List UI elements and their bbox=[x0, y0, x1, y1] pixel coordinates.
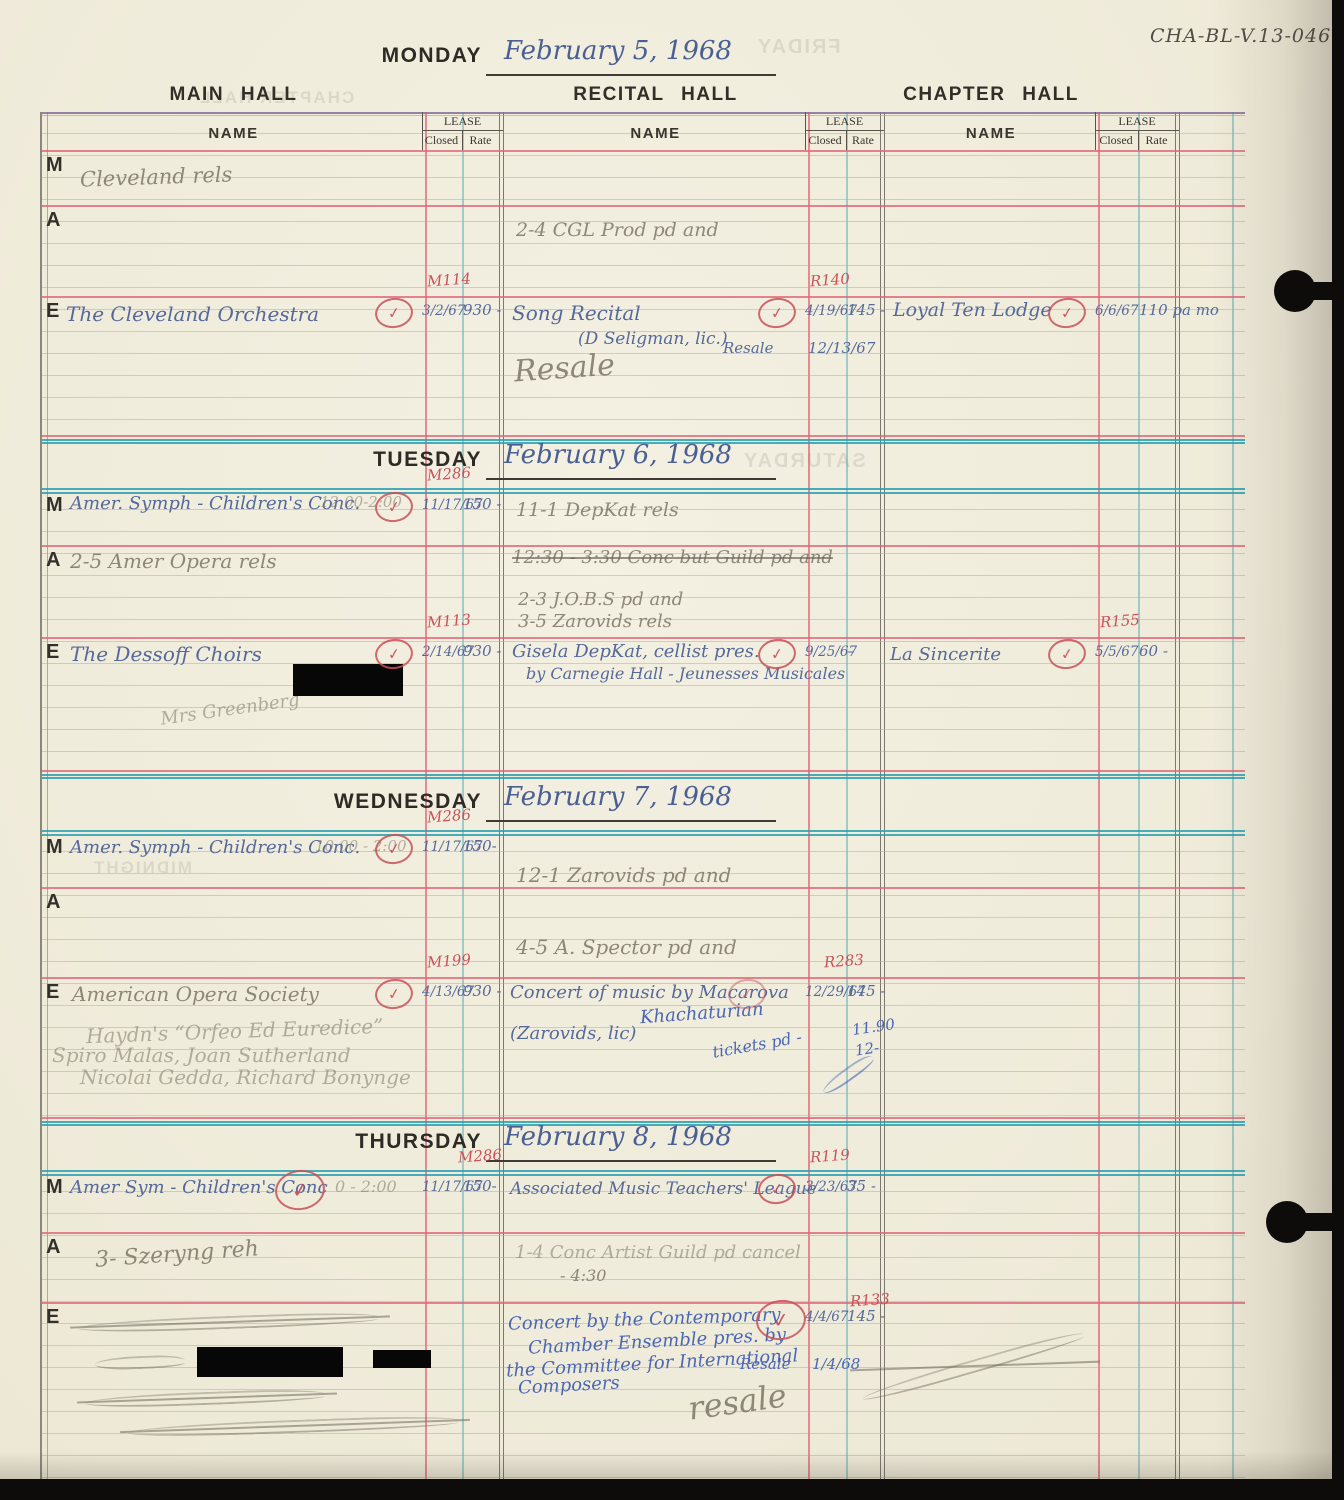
lease-note: 1/4/68 bbox=[812, 1356, 860, 1373]
lease-code: M286 bbox=[426, 806, 471, 826]
row-label-m: M bbox=[46, 154, 63, 177]
day-date: February 8, 1968 bbox=[504, 1122, 732, 1152]
ledger-page: CHA-BL-V.13-046 FRIDAYCHAPTER HALLSATURD… bbox=[0, 0, 1332, 1479]
handwritten-entry: Song Recital bbox=[512, 302, 641, 324]
row-label-e: E bbox=[46, 641, 59, 664]
lease-rate-value: 35 - bbox=[847, 1178, 876, 1195]
lease-closed-header: Closed bbox=[806, 133, 844, 148]
lease-closed-date: 3/2/67 bbox=[422, 304, 465, 319]
redaction-box bbox=[293, 664, 403, 696]
hole-punch-top-tab bbox=[1293, 282, 1344, 300]
row-label-e: E bbox=[46, 300, 59, 323]
archive-reference: CHA-BL-V.13-046 bbox=[1150, 26, 1331, 47]
handwritten-entry: Resale bbox=[513, 349, 616, 389]
day-label-thursday: THURSDAY bbox=[270, 1130, 482, 1154]
lease-rate-value: 930 - bbox=[463, 302, 501, 319]
row-label-e: E bbox=[46, 1306, 59, 1329]
column-header-name: NAME bbox=[42, 125, 425, 142]
lease-rate-value: 150- bbox=[463, 838, 497, 855]
column-header-name: NAME bbox=[503, 125, 808, 142]
row-rule-red bbox=[42, 770, 1245, 772]
row-rule-red bbox=[42, 1302, 1245, 1304]
lease-code: M286 bbox=[426, 464, 471, 484]
lease-rate-value: 110 pa mo bbox=[1139, 302, 1219, 319]
lease-rate-header: Rate bbox=[846, 133, 880, 148]
hole-punch-bottom-tab bbox=[1285, 1213, 1344, 1231]
lease-rate-value: 60 - bbox=[1139, 643, 1168, 660]
section-bottom-rule bbox=[42, 777, 1245, 779]
date-underline bbox=[486, 1160, 776, 1162]
lease-closed-date: 6/6/67 bbox=[1095, 304, 1138, 319]
row-rule-red bbox=[42, 887, 1245, 889]
header-top-rule bbox=[42, 115, 1245, 116]
handwritten-entry: Spiro Malas, Joan Sutherland bbox=[52, 1044, 351, 1066]
lease-rate-value: 145 - bbox=[847, 983, 885, 1000]
handwritten-entry: 3-5 Zarovids rels bbox=[518, 612, 672, 632]
lease-header: LEASE bbox=[422, 114, 503, 129]
lease-note: Resale bbox=[723, 340, 774, 357]
handwritten-entry: 2-4 CGL Prod pd and bbox=[516, 220, 719, 241]
ruled-lines bbox=[42, 112, 1245, 435]
section-bottom-rule bbox=[42, 774, 1245, 776]
handwritten-entry: 12-1 Zarovids pd and bbox=[516, 864, 731, 886]
lease-rate-value: 150 - bbox=[463, 496, 501, 513]
date-underline bbox=[486, 74, 776, 76]
row-label-m: M bbox=[46, 836, 63, 859]
handwritten-entry: La Sincerite bbox=[890, 645, 1001, 665]
handwritten-entry: The Cleveland Orchestra bbox=[66, 303, 319, 325]
lease-rate-value: 145 - bbox=[847, 1308, 885, 1325]
row-rule-red bbox=[42, 435, 1245, 437]
handwritten-entry: - 4:30 bbox=[560, 1267, 606, 1285]
lease-code: M199 bbox=[426, 951, 471, 971]
section-top-rule bbox=[42, 1170, 1245, 1172]
date-underline bbox=[486, 478, 776, 480]
row-rule-red bbox=[42, 977, 1245, 979]
lease-code: R140 bbox=[809, 271, 850, 290]
day-date: February 5, 1968 bbox=[504, 36, 732, 66]
row-rule-red bbox=[42, 150, 1245, 152]
day-date: February 6, 1968 bbox=[504, 440, 732, 470]
row-label-a: A bbox=[46, 209, 60, 232]
lease-rate-value: 145 - bbox=[847, 302, 885, 319]
hall-title-chapter-hall: CHAPTER HALL bbox=[884, 84, 1098, 106]
bleedthrough-ghost-text: FRIDAY bbox=[756, 36, 841, 59]
lease-note: 12/13/67 bbox=[808, 340, 875, 357]
handwritten-entry: The Dessoff Choirs bbox=[70, 643, 262, 665]
section-top-rule bbox=[42, 830, 1245, 832]
header-top-rule bbox=[42, 112, 1245, 114]
lease-rate-value: 150- bbox=[463, 1178, 497, 1195]
redaction-box bbox=[373, 1350, 431, 1368]
handwritten-entry: 12:30 - 3:30 Conc but Guild pd and bbox=[512, 548, 833, 568]
handwritten-entry: Amer. Symph - Children's Conc. bbox=[70, 494, 360, 514]
row-label-a: A bbox=[46, 549, 60, 572]
handwritten-entry: Loyal Ten Lodge bbox=[893, 300, 1052, 321]
section-top-rule bbox=[42, 488, 1245, 490]
lease-note: Resale bbox=[740, 1356, 791, 1373]
lease-note: 12- bbox=[854, 1039, 880, 1059]
lease-closed-date: 4/4/67 bbox=[805, 1310, 848, 1325]
handwritten-entry: (Zarovids, lic) bbox=[510, 1024, 636, 1044]
handwritten-entry: 11-1 DepKat rels bbox=[516, 500, 679, 521]
lease-rate-value: 930 - bbox=[463, 983, 501, 1000]
row-label-e: E bbox=[46, 981, 59, 1004]
row-rule-red bbox=[42, 1232, 1245, 1234]
handwritten-entry: American Opera Society bbox=[72, 983, 319, 1005]
lease-code: R155 bbox=[1099, 612, 1140, 631]
hall-title-main-hall: MAIN HALL bbox=[42, 84, 425, 106]
row-label-a: A bbox=[46, 1236, 60, 1259]
handwritten-entry: by Carnegie Hall - Jeunesses Musicales bbox=[526, 665, 845, 683]
lease-header: LEASE bbox=[1095, 114, 1179, 129]
lease-code: R283 bbox=[823, 952, 864, 971]
row-rule-red bbox=[42, 1117, 1245, 1119]
day-date: February 7, 1968 bbox=[504, 782, 732, 812]
row-rule-red bbox=[42, 205, 1245, 207]
lease-rate-header: Rate bbox=[462, 133, 499, 148]
row-label-m: M bbox=[46, 494, 63, 517]
row-label-a: A bbox=[46, 891, 60, 914]
lease-closed-header: Closed bbox=[1096, 133, 1136, 148]
handwritten-entry: 2-5 Amer Opera rels bbox=[70, 550, 277, 572]
handwritten-entry: 2-3 J.O.B.S pd and bbox=[518, 590, 683, 610]
lease-code: M113 bbox=[426, 611, 471, 631]
lease-rate-value: – bbox=[847, 643, 855, 660]
lease-box-line bbox=[805, 130, 884, 131]
handwritten-entry: 0 - 2:00 bbox=[335, 1178, 397, 1196]
handwritten-entry: 4-5 A. Spector pd and bbox=[516, 936, 737, 958]
lease-closed-header: Closed bbox=[423, 133, 460, 148]
lease-rate-header: Rate bbox=[1138, 133, 1175, 148]
hall-title-recital-hall: RECITAL HALL bbox=[503, 84, 808, 106]
redaction-box bbox=[197, 1347, 343, 1377]
lease-rate-value: 930 - bbox=[463, 643, 501, 660]
lease-closed-date: 5/5/67 bbox=[1095, 645, 1138, 660]
section-top-rule bbox=[42, 1174, 1245, 1176]
lease-code: R119 bbox=[809, 1147, 850, 1166]
scanner-background: { "page": { "archive_ref": "CHA-BL-V.13-… bbox=[0, 0, 1344, 1500]
lease-code: M114 bbox=[426, 270, 471, 290]
handwritten-entry: Gisela DepKat, cellist pres. bbox=[512, 642, 760, 662]
lease-box-line bbox=[1095, 130, 1179, 131]
handwritten-entry: 1-4 Conc Artist Guild pd cancel bbox=[515, 1243, 801, 1263]
lease-code: M286 bbox=[457, 1146, 502, 1166]
section-top-rule bbox=[42, 834, 1245, 836]
day-label-monday: MONDAY bbox=[270, 44, 482, 68]
handwritten-entry: Nicolai Gedda, Richard Bonynge bbox=[80, 1066, 411, 1088]
date-underline bbox=[486, 820, 776, 822]
handwritten-entry: (D Seligman, lic.) bbox=[578, 330, 728, 349]
column-header-name: NAME bbox=[884, 125, 1098, 142]
lease-header: LEASE bbox=[805, 114, 884, 129]
row-label-m: M bbox=[46, 1176, 63, 1199]
